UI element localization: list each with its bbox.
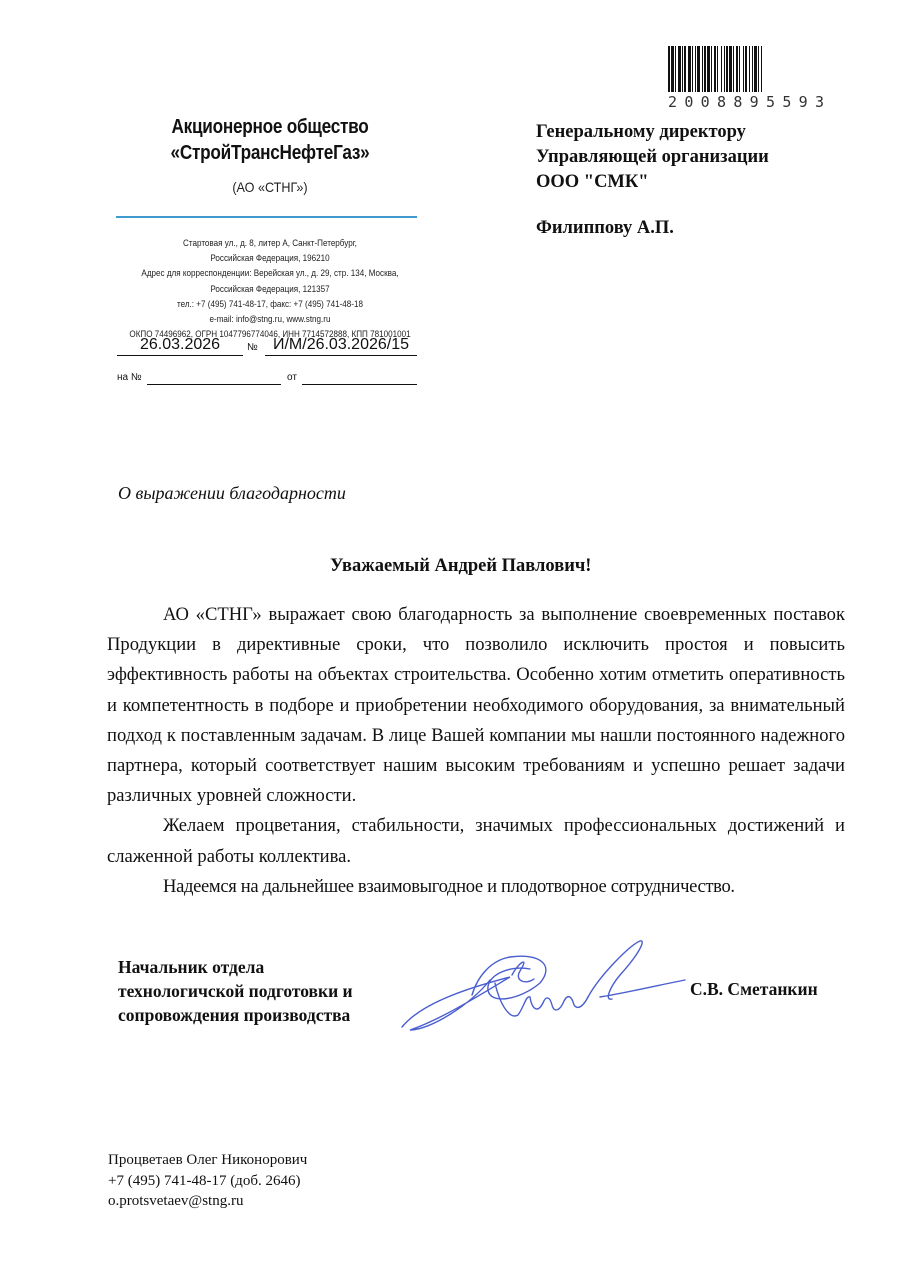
reference-number-label: на № bbox=[117, 372, 142, 383]
letter-subject: О выражении благодарности bbox=[118, 483, 346, 504]
address-line: Российская Федерация, 121357 bbox=[129, 282, 411, 297]
addressee-line: Генеральному директору bbox=[536, 120, 769, 145]
address-line: тел.: +7 (495) 741-48-17, факс: +7 (495)… bbox=[129, 297, 411, 312]
registration-number-label: № bbox=[247, 342, 258, 353]
company-name: Акционерное общество «СтройТрансНефтеГаз… bbox=[132, 114, 407, 166]
contact-name: Процветаев Олег Никонорович bbox=[108, 1150, 307, 1171]
body-paragraph: Надеемся на дальнейшее взаимовыгодное и … bbox=[107, 872, 845, 902]
signatory-title: Начальник отдела технологичской подготов… bbox=[118, 955, 353, 1027]
barcode bbox=[668, 46, 838, 92]
reference-number-blank bbox=[147, 384, 281, 385]
company-short-name: (АО «СТНГ») bbox=[126, 179, 414, 195]
body-paragraph: Желаем процветания, стабильности, значим… bbox=[107, 811, 845, 871]
addressee-line: ООО "СМК" bbox=[536, 170, 769, 195]
addressee-name: Филиппову А.П. bbox=[536, 218, 674, 239]
letter-body: АО «СТНГ» выражает свою благодарность за… bbox=[107, 600, 845, 902]
reference-date-label: от bbox=[287, 372, 297, 383]
contact-phone: +7 (495) 741-48-17 (доб. 2646) bbox=[108, 1171, 307, 1192]
addressee-line: Управляющей организации bbox=[536, 145, 769, 170]
address-line: Стартовая ул., д. 8, литер А, Санкт-Пете… bbox=[129, 236, 411, 251]
addressee-block: Генеральному директору Управляющей орган… bbox=[536, 120, 769, 195]
registration-number: И/М/26.03.2026/15 bbox=[265, 336, 417, 356]
registration-row: 26.03.2026 № И/М/26.03.2026/15 bbox=[117, 336, 417, 358]
contact-email: o.protsvetaev@stng.ru bbox=[108, 1191, 307, 1212]
reference-date-blank bbox=[302, 384, 417, 385]
company-address-block: Стартовая ул., д. 8, литер А, Санкт-Пете… bbox=[110, 236, 430, 342]
address-line: e-mail: info@stng.ru, www.stng.ru bbox=[129, 312, 411, 327]
handwritten-signature bbox=[400, 935, 690, 1035]
letterhead-divider bbox=[116, 216, 417, 218]
reference-row: на № от bbox=[117, 372, 417, 388]
address-line: Российская Федерация, 196210 bbox=[129, 251, 411, 266]
contact-person-block: Процветаев Олег Никонорович +7 (495) 741… bbox=[108, 1150, 307, 1212]
body-paragraph: АО «СТНГ» выражает свою благодарность за… bbox=[107, 600, 845, 811]
barcode-number: 2008895593 bbox=[668, 93, 843, 111]
signatory-name: С.В. Сметанкин bbox=[690, 979, 818, 1000]
address-line: Адрес для корреспонденции: Верейская ул.… bbox=[129, 266, 411, 281]
salutation: Уважаемый Андрей Павлович! bbox=[0, 556, 909, 577]
registration-date: 26.03.2026 bbox=[117, 336, 243, 356]
